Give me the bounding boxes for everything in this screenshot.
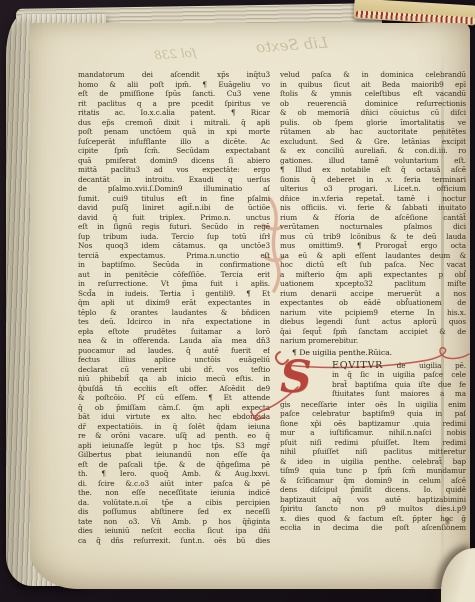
- text-line: david puſq̄ liniret agit̄.n.ibi de ūctiō…: [78, 203, 270, 213]
- text-line: & ideo in uigilia penthe. celebrat̄ bap: [280, 457, 466, 467]
- text-line: a miſterio q̄m apłi expectantes p obſ̄: [280, 270, 466, 280]
- text-line: david q̄ fuit triplex. Primo.n. unctus: [78, 213, 270, 223]
- text-line: declarat cū venerit ubi dr̄. vos teſtio: [78, 365, 270, 375]
- text-line: dis poſſumus abſtinere ſed ex neceſſi: [78, 507, 270, 517]
- text-line: in quibus ſicut ait Beda maiorib9 epī: [280, 80, 466, 90]
- text-line: ua eū & apłi eſſent laudantes deum &: [280, 251, 466, 261]
- text-line: ſtolis & ymnis celeſtibus eſt vacandū: [280, 89, 466, 99]
- text-line: ſionis q̄ deberet in .v. feria terminari: [280, 175, 466, 185]
- text-line: & poſtcōio. Pſ cū eſſem. ¶ Et attende: [78, 393, 270, 403]
- ghost-inscription-folio: fol 238: [154, 46, 197, 63]
- text-line: & ſcīficamur q̄m domin9 in celum aſcē: [280, 476, 466, 486]
- text-line: q̄buſdā tn̄ eccłiis eſt offer. Aſcēdit d…: [78, 384, 270, 394]
- text-line: & ex conciliū aureliañ. & con.di.iii. ro: [280, 146, 466, 156]
- text-line: mus cū trib9 lcōnibus & te deū lauda: [280, 232, 466, 242]
- text-line: mur a iuſtificamur. nihil.n.naſci nobis: [280, 428, 466, 438]
- text-line: terciā expectamus. Prima.n.unctio eſt: [78, 251, 270, 261]
- ghost-inscription-title: Lib Sexto: [255, 34, 328, 57]
- text-line: eſt de pmiſſione ſpūs ſancti. Cu3 vene: [78, 89, 270, 99]
- text-line: decantāt in introitu. Exaudi q uerſus: [78, 175, 270, 185]
- drop-cap-block: S EQVITVR de uigilia pē. in q̄ ſic in ui…: [280, 361, 466, 400]
- page-crease: [441, 51, 444, 565]
- text-line: gationes. illud tamē voluntarium eſt.: [280, 156, 466, 166]
- text-line: ſtiuitates ſunt maiores a ma: [332, 389, 466, 399]
- text-line: pulis. ob ſpem glorie īmortalitatis ve: [280, 118, 466, 128]
- text-line: ſumit. cui9 titulus eſt in fine pſalmi: [78, 194, 270, 204]
- text-line: fectus illius aplice unctōis euāgeliū: [78, 355, 270, 365]
- text-line: nihil pſuiſſet niſi paclitus mitteretur: [280, 447, 466, 457]
- text-line: ob reuerenciā dominice reſurrectionis: [280, 99, 466, 109]
- text-line: bāt idui virtute ex alto. hec ebdomada: [78, 412, 270, 422]
- text-line: rium denarii accipe meruerūt a nos: [280, 289, 466, 299]
- text-line: rit paclitus q a pre pcedit ſpiritus ve: [78, 99, 270, 109]
- text-line: hoc dictū eſt ſub paſca. Nec vacat: [280, 260, 466, 270]
- text-line: brat̄ baptiſma quia iſte due fe: [332, 380, 466, 390]
- text-line: mus omittim9. ¶ Prorogat̄ ergo octa: [280, 241, 466, 251]
- text-column-left: mandatorum dei aſcendit xp̄s inq̄tu3homo…: [78, 70, 270, 545]
- text-line: de pſalmo.xvii.ſ.Domin9 illuminatio aſ: [78, 184, 270, 194]
- book-photograph: fol 238 Lib Sexto mandatorum dei aſcendi…: [0, 0, 475, 602]
- text-line: x. dies quod & factum eſt. p̄pter hoc ḡ: [280, 514, 466, 524]
- text-line: ſup tribum iuda. Tercio ſup totū iſrł: [78, 232, 270, 242]
- text-line: ſpiritu ſancto non p9 multos dies.i.p9: [280, 504, 466, 514]
- text-line: eſt de paſcali tp̄e. & de q̄n̄geſima pē: [78, 460, 270, 470]
- text-line: mittā paclitu3 ad vos expectāte: ergo: [78, 165, 270, 175]
- text-line: eſt in ſignū regis futuri. Secūdo in reg…: [78, 222, 270, 232]
- text-line: in baptiſmo. Secūda in confirmatione: [78, 260, 270, 270]
- incipit-rest: de uigilia pē.: [383, 361, 466, 370]
- text-line: nea & in offerenda. Lauda aīa mea dn̄3: [78, 336, 270, 346]
- text-line: in reſurrectione. Vt p̄ma fuit i apłis.: [78, 279, 270, 289]
- text-line: cipite ſpm̄ ſcm̄. Secūdam expectabant: [78, 146, 270, 156]
- text-line: Nos quoq3 idem cātamus. qa unctōe3: [78, 241, 270, 251]
- book-page: fol 238 Lib Sexto mandatorum dei aſcendi…: [30, 23, 470, 589]
- text-line: tes deū. Idcirco in nr̄a expectatione in: [78, 317, 270, 327]
- text-column-right: velud paſca & in dominica celebrandūin q…: [280, 70, 466, 533]
- text-line: re & orōni vacare. uſq̄ ad penth. eo q̄: [78, 431, 270, 441]
- text-line: puocamur ad laudes. q̄ autē fuerit ef: [78, 346, 270, 356]
- text-line: rium & r̄ſoria de aſcēſione cantāt̄: [280, 213, 466, 223]
- text-line: ſuſceperāt inſufflante illo a dicēte. Ac: [78, 137, 270, 147]
- text-line: epła eſtote prudētes ſuitamar a lorō: [78, 327, 270, 337]
- text-line: Scd̄a in iudeis. Tertia ī gentili9. ¶ Et: [78, 289, 270, 299]
- text-line: poſt penam unctōem quā in xpi morte: [78, 127, 270, 137]
- text-line: homo & alii poſt ipm̄. ¶ Euāgeliu vo: [78, 80, 270, 90]
- text-line: apłi ieiunaſſe legūt p hoc tp̄s. S3 mgr̄: [78, 441, 270, 451]
- text-line: dens diſcipuł p̄miſit dicens. Io. quidē: [280, 485, 466, 495]
- text-line: ritatis ac. Io.x.c.alia patent. ¶ Ricar: [78, 108, 270, 118]
- incipit-line: EQVITVR de uigilia pē.: [332, 361, 466, 371]
- text-line: excludunt. Sed & Gre. letānias excipit: [280, 137, 466, 147]
- text-line: uationem xpcepto32 paclitum miſte: [280, 279, 466, 289]
- text-line: aut in penitēcie cōfeſſiōe. Tercia erit: [78, 270, 270, 280]
- paragraph-end-line: narium promerebitur.: [280, 336, 466, 346]
- text-line: quā pmiſerat domin9 dicens ſi abiero: [78, 156, 270, 166]
- text-line: th. ¶ Iero. quoq̄ Amb. & Aug.lxxvi.: [78, 469, 270, 479]
- text-line: ca q̄ dn̄s reſurrexit. ſunt.n. oēs bū di…: [78, 536, 270, 546]
- incipit-following-lines: in q̄ ſic in uigilia paſce celebrat̄ bap…: [332, 370, 466, 399]
- incipit-lines: EQVITVR de uigilia pē. in q̄ ſic in uigi…: [332, 361, 466, 399]
- text-line: eccłia in decima die poſt aſcenſionem: [280, 523, 466, 533]
- text-line: ¶ Illud ex notabile eſt q̄ octauā aſcē: [280, 165, 466, 175]
- incipit-word: EQVITVR: [332, 361, 383, 371]
- stain-spot: [445, 517, 450, 526]
- text-line: di. ſcire &.c.o3 aiūt inter paſca & pē: [78, 479, 270, 489]
- text-line: tiſm9 quia tunc p ſpm̄ ſcm̄ mundamur: [280, 466, 466, 476]
- text-line: ulterius o3 progari. Licet.n. officium: [280, 184, 466, 194]
- text-line: dies ieiuniū neſcit eccłia ſicut ipa dn̄…: [78, 526, 270, 536]
- text-line: tēplo & orantes laudantes & bn̄dicen: [78, 308, 270, 318]
- text-line: expectantes ob eādē obſ̄uationem de: [280, 298, 466, 308]
- text-line: diebus legendi ſunt actus apłorū quos: [280, 317, 466, 327]
- text-line: in q̄ ſic in uigilia paſce cele: [332, 370, 466, 380]
- text-line: velud paſca & in dominica celebrandū: [280, 70, 466, 80]
- text-line: mandatorum dei aſcendit xp̄s inq̄tu3: [78, 70, 270, 80]
- text-line: nis officiis. vi. ferie & ſabbati inuita…: [280, 203, 466, 213]
- text-line: pſuit niſi redimi pſuiſſet. Item redimi: [280, 438, 466, 448]
- text-line: verūtamen nocturnales pſalmos dici: [280, 222, 466, 232]
- text-line: dn̄ice in.v.feria repetat̄. tamē i noctu…: [280, 194, 466, 204]
- text-line: q̄ ob p̄miſſam cām.ſ. q̄m apłi expecta: [78, 403, 270, 413]
- text-line: dr̄ expectatiōis. in q̄ ſolēt q̄dam ieiu…: [78, 422, 270, 432]
- text-line: da. volūtate.n.oī tp̄e a cibis percipien: [78, 498, 270, 508]
- text-line: the. non eſſe neceſſitate ieiunia indicē: [78, 488, 270, 498]
- text-line: baptizauit aq̄ vos autē baptizabimini: [280, 495, 466, 505]
- paragraph-lines-top: velud paſca & in dominica celebrandūin q…: [280, 70, 466, 336]
- text-line: Gilbertus pbat ieiunandū non eſſe q̄a: [78, 450, 270, 460]
- text-line: niū phibebit̄ qa ab inicio mecū eſtis. i…: [78, 374, 270, 384]
- text-line: rūtamen ab hac auctoritate penitētes: [280, 127, 466, 137]
- text-line: q̄m apłi ut dixim9 erāt expectantes in: [78, 298, 270, 308]
- text-line: narium vite pcipiem9 eterne In his.x.: [280, 308, 466, 318]
- text-line: dus ep̄s cremoñ dixit i mitrali. q̄ apłi: [78, 118, 270, 128]
- text-line: tate non o3. Vn̄ Amb. p hos q̄n̄ginta: [78, 517, 270, 527]
- drop-cap-tail-flourish: [248, 383, 310, 425]
- text-line: q̄ai ſequt̄ ſpm̄ ſanctam accipiet & de: [280, 327, 466, 337]
- text-line: & ob memoriā dn̄ici cōuictus cū diſci: [280, 108, 466, 118]
